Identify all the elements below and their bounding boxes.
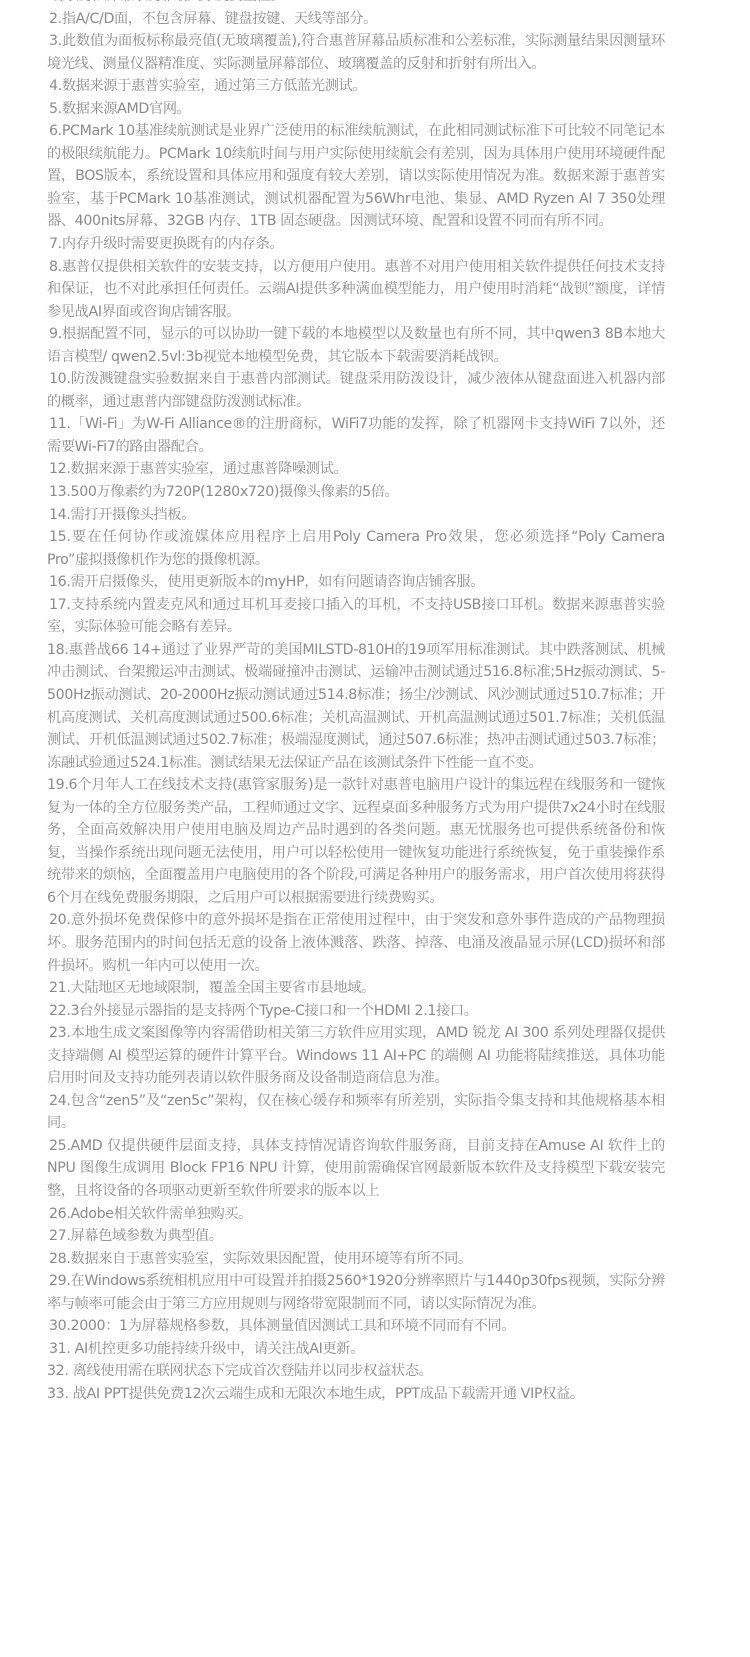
footnote-13: 13.500万像素约为720P(1280x720)摄像头像素的5倍。 <box>47 481 665 504</box>
footnote-17: 17.支持系统内置麦克风和通过耳机耳麦接口插入的耳机，不支持USB接口耳机。数据… <box>47 594 665 639</box>
footnote-16: 16.需开启摄像头，使用更新版本的myHP，如有问题请咨询店铺客服。 <box>47 571 665 594</box>
footnote-12: 12.数据来源于惠普实验室，通过惠普降噪测试。 <box>47 458 665 481</box>
footnote-22: 22.3台外接显示器指的是支持两个Type-C接口和一个HDMI 2.1接口。 <box>47 1000 665 1023</box>
footnote-19: 19.6个月年人工在线技术支持(惠管家服务)是一款针对惠普电脑用户设计的集远程在… <box>47 774 665 909</box>
footnote-9: 9.根据配置不同，显示的可以协助一键下载的本地模型以及数量也有所不同，其中qwe… <box>47 323 665 368</box>
footnote-3: 3.此数值为面板标称最亮值(无玻璃覆盖),符合惠普屏幕品质标准和公差标准，实际测… <box>47 30 665 75</box>
footnote-14: 14.需打开摄像头挡板。 <box>47 504 665 527</box>
footnote-6: 6.PCMark 10基准续航测试是业界广泛使用的标准续航测试，在此相同测试标准… <box>47 120 665 233</box>
footnote-33: 33. 战AI PPT提供免费12次云端生成和无限次本地生成，PPT成品下载需开… <box>47 1383 665 1406</box>
footnote-18: 18.惠普战66 14+通过了业界严苛的美国MILSTD-810H的19项军用标… <box>47 639 665 774</box>
footnote-31: 31. AI机控更多功能持续升级中，请关注战AI更新。 <box>47 1338 665 1361</box>
footnote-24: 24.包含“zen5”及“zen5c”架构，仅在核心缓存和频率有所差别，实际指令… <box>47 1090 665 1135</box>
footnotes-list: 端厚度和屏幕厚度非最大厚度测量值。 2.指A/C/D面，不包含屏幕、键盘按键、天… <box>47 0 665 1405</box>
footnote-30: 30.2000：1为屏幕规格参数，具体测量值因测试工具和环境不同而有不同。 <box>47 1315 665 1338</box>
footnote-25: 25.AMD 仅提供硬件层面支持，具体支持情况请咨询软件服务商，目前支持在Amu… <box>47 1135 665 1203</box>
footnote-1-partial: 端厚度和屏幕厚度非最大厚度测量值。 <box>47 0 665 8</box>
footnote-4: 4.数据来源于惠普实验室，通过第三方低蓝光测试。 <box>47 75 665 98</box>
footnote-15: 15.要在任何协作或流媒体应用程序上启用Poly Camera Pro效果，您必… <box>47 526 665 571</box>
footnote-11: 11.「Wi-Fi」为W-Fi Alliance®的注册商标，WiFi7功能的发… <box>47 413 665 458</box>
footnote-28: 28.数据来自于惠普实验室，实际效果因配置，使用环境等有所不同。 <box>47 1248 665 1271</box>
footnote-26: 26.Adobe相关软件需单独购买。 <box>47 1203 665 1226</box>
footnote-21: 21.大陆地区无地域限制，覆盖全国主要省市县地域。 <box>47 977 665 1000</box>
footnote-10: 10.防泼溅键盘实验数据来自于惠普内部测试。键盘采用防泼设计，减少液体从键盘面进… <box>47 368 665 413</box>
footnote-27: 27.屏幕色域参数为典型值。 <box>47 1225 665 1248</box>
footnote-7: 7.内存升级时需要更换既有的内存条。 <box>47 233 665 256</box>
footnote-20: 20.意外损坏免费保修中的意外损坏是指在正常使用过程中，由于突发和意外事件造成的… <box>47 909 665 977</box>
footnote-2: 2.指A/C/D面，不包含屏幕、键盘按键、天线等部分。 <box>47 8 665 31</box>
footnote-8: 8.惠普仅提供相关软件的安装支持，以方便用户使用。惠普不对用户使用相关软件提供任… <box>47 256 665 324</box>
footnote-23: 23.本地生成文案图像等内容需借助相关第三方软件应用实现，AMD 锐龙 AI 3… <box>47 1022 665 1090</box>
footnote-32: 32. 离线使用需在联网状态下完成首次登陆并以同步权益状态。 <box>47 1360 665 1383</box>
footnote-5: 5.数据来源AMD官网。 <box>47 98 665 121</box>
footnote-29: 29.在Windows系统相机应用中可设置并拍摄2560*1920分辨率照片与1… <box>47 1270 665 1315</box>
